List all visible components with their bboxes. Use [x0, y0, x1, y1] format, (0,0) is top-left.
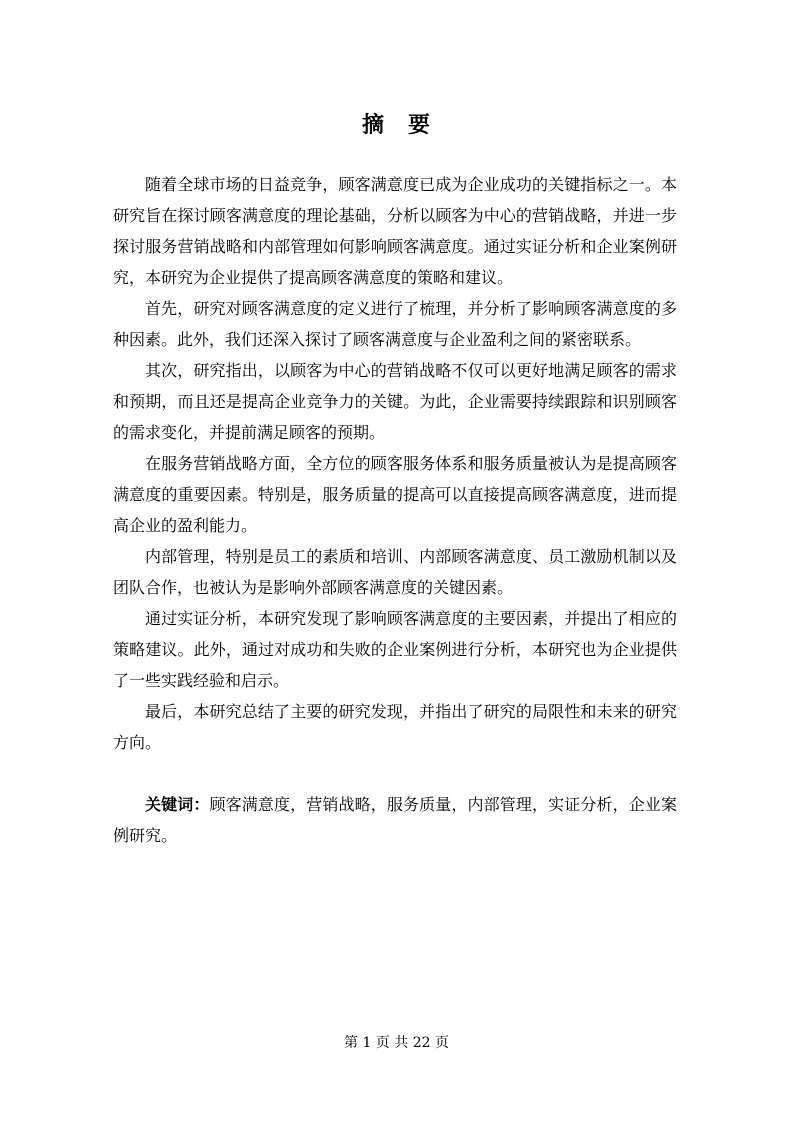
keywords-label: 关键词： — [145, 795, 210, 814]
page-title: 摘 要 — [0, 112, 793, 139]
page-number-indicator: 第 1 页 共 22 页 — [344, 1035, 449, 1051]
abstract-paragraph-1: 随着全球市场的日益竞争，顾客满意度已成为企业成功的关键指标之一。本研究旨在探讨顾… — [113, 169, 677, 293]
keywords-line: 关键词：顾客满意度，营销战略，服务质量，内部管理，实证分析，企业案例研究。 — [113, 789, 677, 851]
abstract-paragraph-5: 内部管理，特别是员工的素质和培训、内部顾客满意度、员工激励机制以及团队合作，也被… — [113, 541, 677, 603]
abstract-body: 随着全球市场的日益竞争，顾客满意度已成为企业成功的关键指标之一。本研究旨在探讨顾… — [113, 169, 677, 851]
abstract-paragraph-7: 最后，本研究总结了主要的研究发现，并指出了研究的局限性和未来的研究方向。 — [113, 696, 677, 758]
abstract-paragraph-6: 通过实证分析，本研究发现了影响顾客满意度的主要因素，并提出了相应的策略建议。此外… — [113, 603, 677, 696]
document-page: 摘 要 随着全球市场的日益竞争，顾客满意度已成为企业成功的关键指标之一。本研究旨… — [0, 0, 793, 1122]
page-footer: 第 1 页 共 22 页 — [0, 1034, 793, 1052]
abstract-paragraph-4: 在服务营销战略方面，全方位的顾客服务体系和服务质量被认为是提高顾客满意度的重要因… — [113, 448, 677, 541]
abstract-paragraph-2: 首先，研究对顾客满意度的定义进行了梳理，并分析了影响顾客满意度的多种因素。此外，… — [113, 293, 677, 355]
abstract-paragraph-3: 其次，研究指出，以顾客为中心的营销战略不仅可以更好地满足顾客的需求和预期，而且还… — [113, 355, 677, 448]
